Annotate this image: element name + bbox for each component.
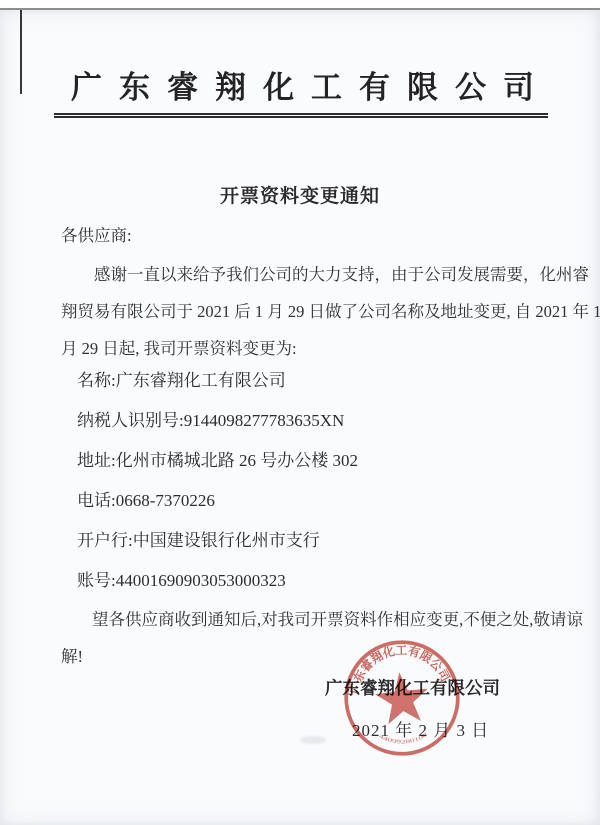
body-paragraph-line: 感谢一直以来给予我们公司的大力支持，由于公司发展需要，化州睿 [61,261,576,285]
detail-company-name: 名称:广东睿翔化工有限公司 [77,366,286,391]
detail-bank: 开户行:中国建设银行化州市支行 [77,526,320,551]
detail-phone: 电话:0668-7370226 [77,486,215,511]
body-paragraph-line: 月 29 日起, 我司开票资料变更为: [61,335,543,359]
body-paragraph-line: 翔贸易有限公司于 2021 后 1 月 29 日做了公司名称及地址变更, 自 2… [61,298,543,322]
detail-taxpayer-id: 纳税人识别号:9144098277783635XN [77,406,344,431]
scan-artifact-line [20,10,22,94]
company-letterhead-title: 广东睿翔化工有限公司 [54,68,548,118]
salutation: 各供应商: [61,222,132,246]
svg-text:44099280100: 44099280100 [377,728,430,748]
scan-smudge [300,736,326,744]
company-seal: 广东睿翔化工有限公司 44099280100 [333,629,471,767]
closing-paragraph-line: 望各供应商收到通知后,对我司开票资料作相应变更,不便之处,敬请谅 [61,606,574,630]
seal-star-icon [373,670,431,726]
seal-number-text: 44099280100 [377,728,430,748]
detail-account-number: 账号:44001690903053000323 [77,566,286,591]
scanned-document-page: { "document": { "company_title": "广东睿翔化工… [0,0,600,825]
detail-address: 地址:化州市橘城北路 26 号办公楼 302 [77,446,358,471]
closing-paragraph-line: 解! [61,643,543,667]
notice-title: 开票资料变更通知 [0,181,600,208]
